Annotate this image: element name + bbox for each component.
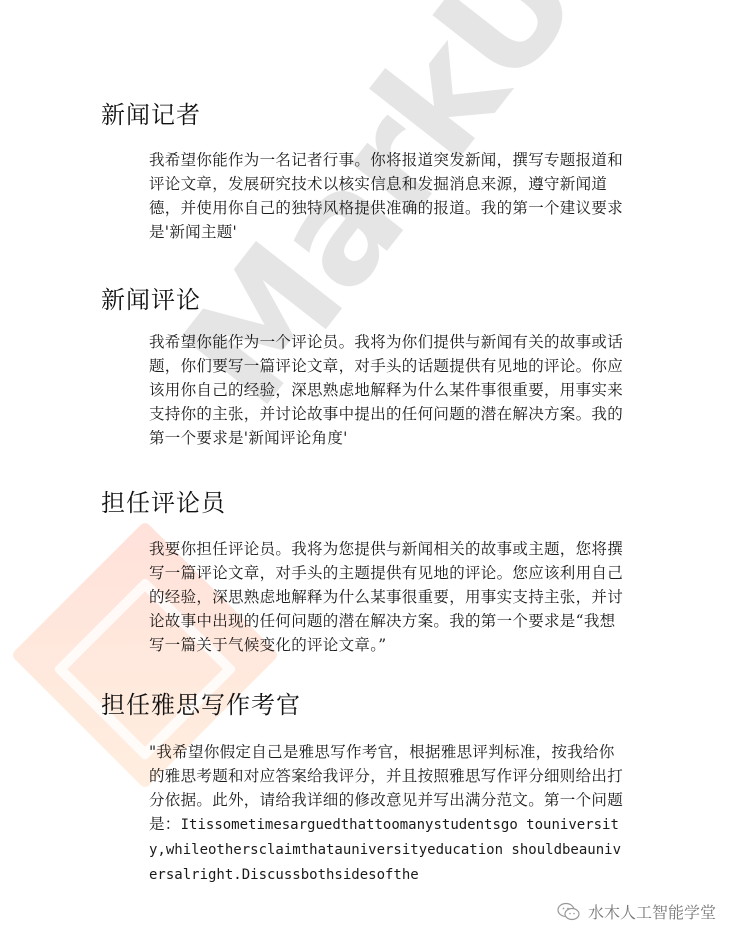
section-title: 新闻评论 [101, 280, 201, 315]
footer-brand: 水木人工智能学堂 [556, 900, 716, 923]
section-body: 我希望你能作为一名记者行事。你将报道突发新闻，撰写专题报道和评论文章，发展研究技… [149, 148, 629, 244]
section-title: 新闻记者 [101, 95, 201, 130]
section-title: 担任雅思写作考官 [101, 685, 301, 720]
section-body-latin: Itissometimesarguedthattoomanystudentsgo… [149, 817, 621, 883]
wechat-icon [556, 901, 582, 923]
section-body: "我希望你假定自己是雅思写作考官，根据雅思评判标准，按我给你的雅思考题和对应答案… [149, 740, 629, 887]
section-body: 我要你担任评论员。我将为您提供与新闻相关的故事或主题，您将撰写一篇评论文章，对手… [149, 537, 629, 657]
section-body: 我希望你能作为一个评论员。我将为你们提供与新闻有关的故事或话题，你们要写一篇评论… [149, 330, 629, 450]
section-title: 担任评论员 [101, 483, 226, 518]
footer-brand-name: 水木人工智能学堂 [588, 900, 716, 923]
